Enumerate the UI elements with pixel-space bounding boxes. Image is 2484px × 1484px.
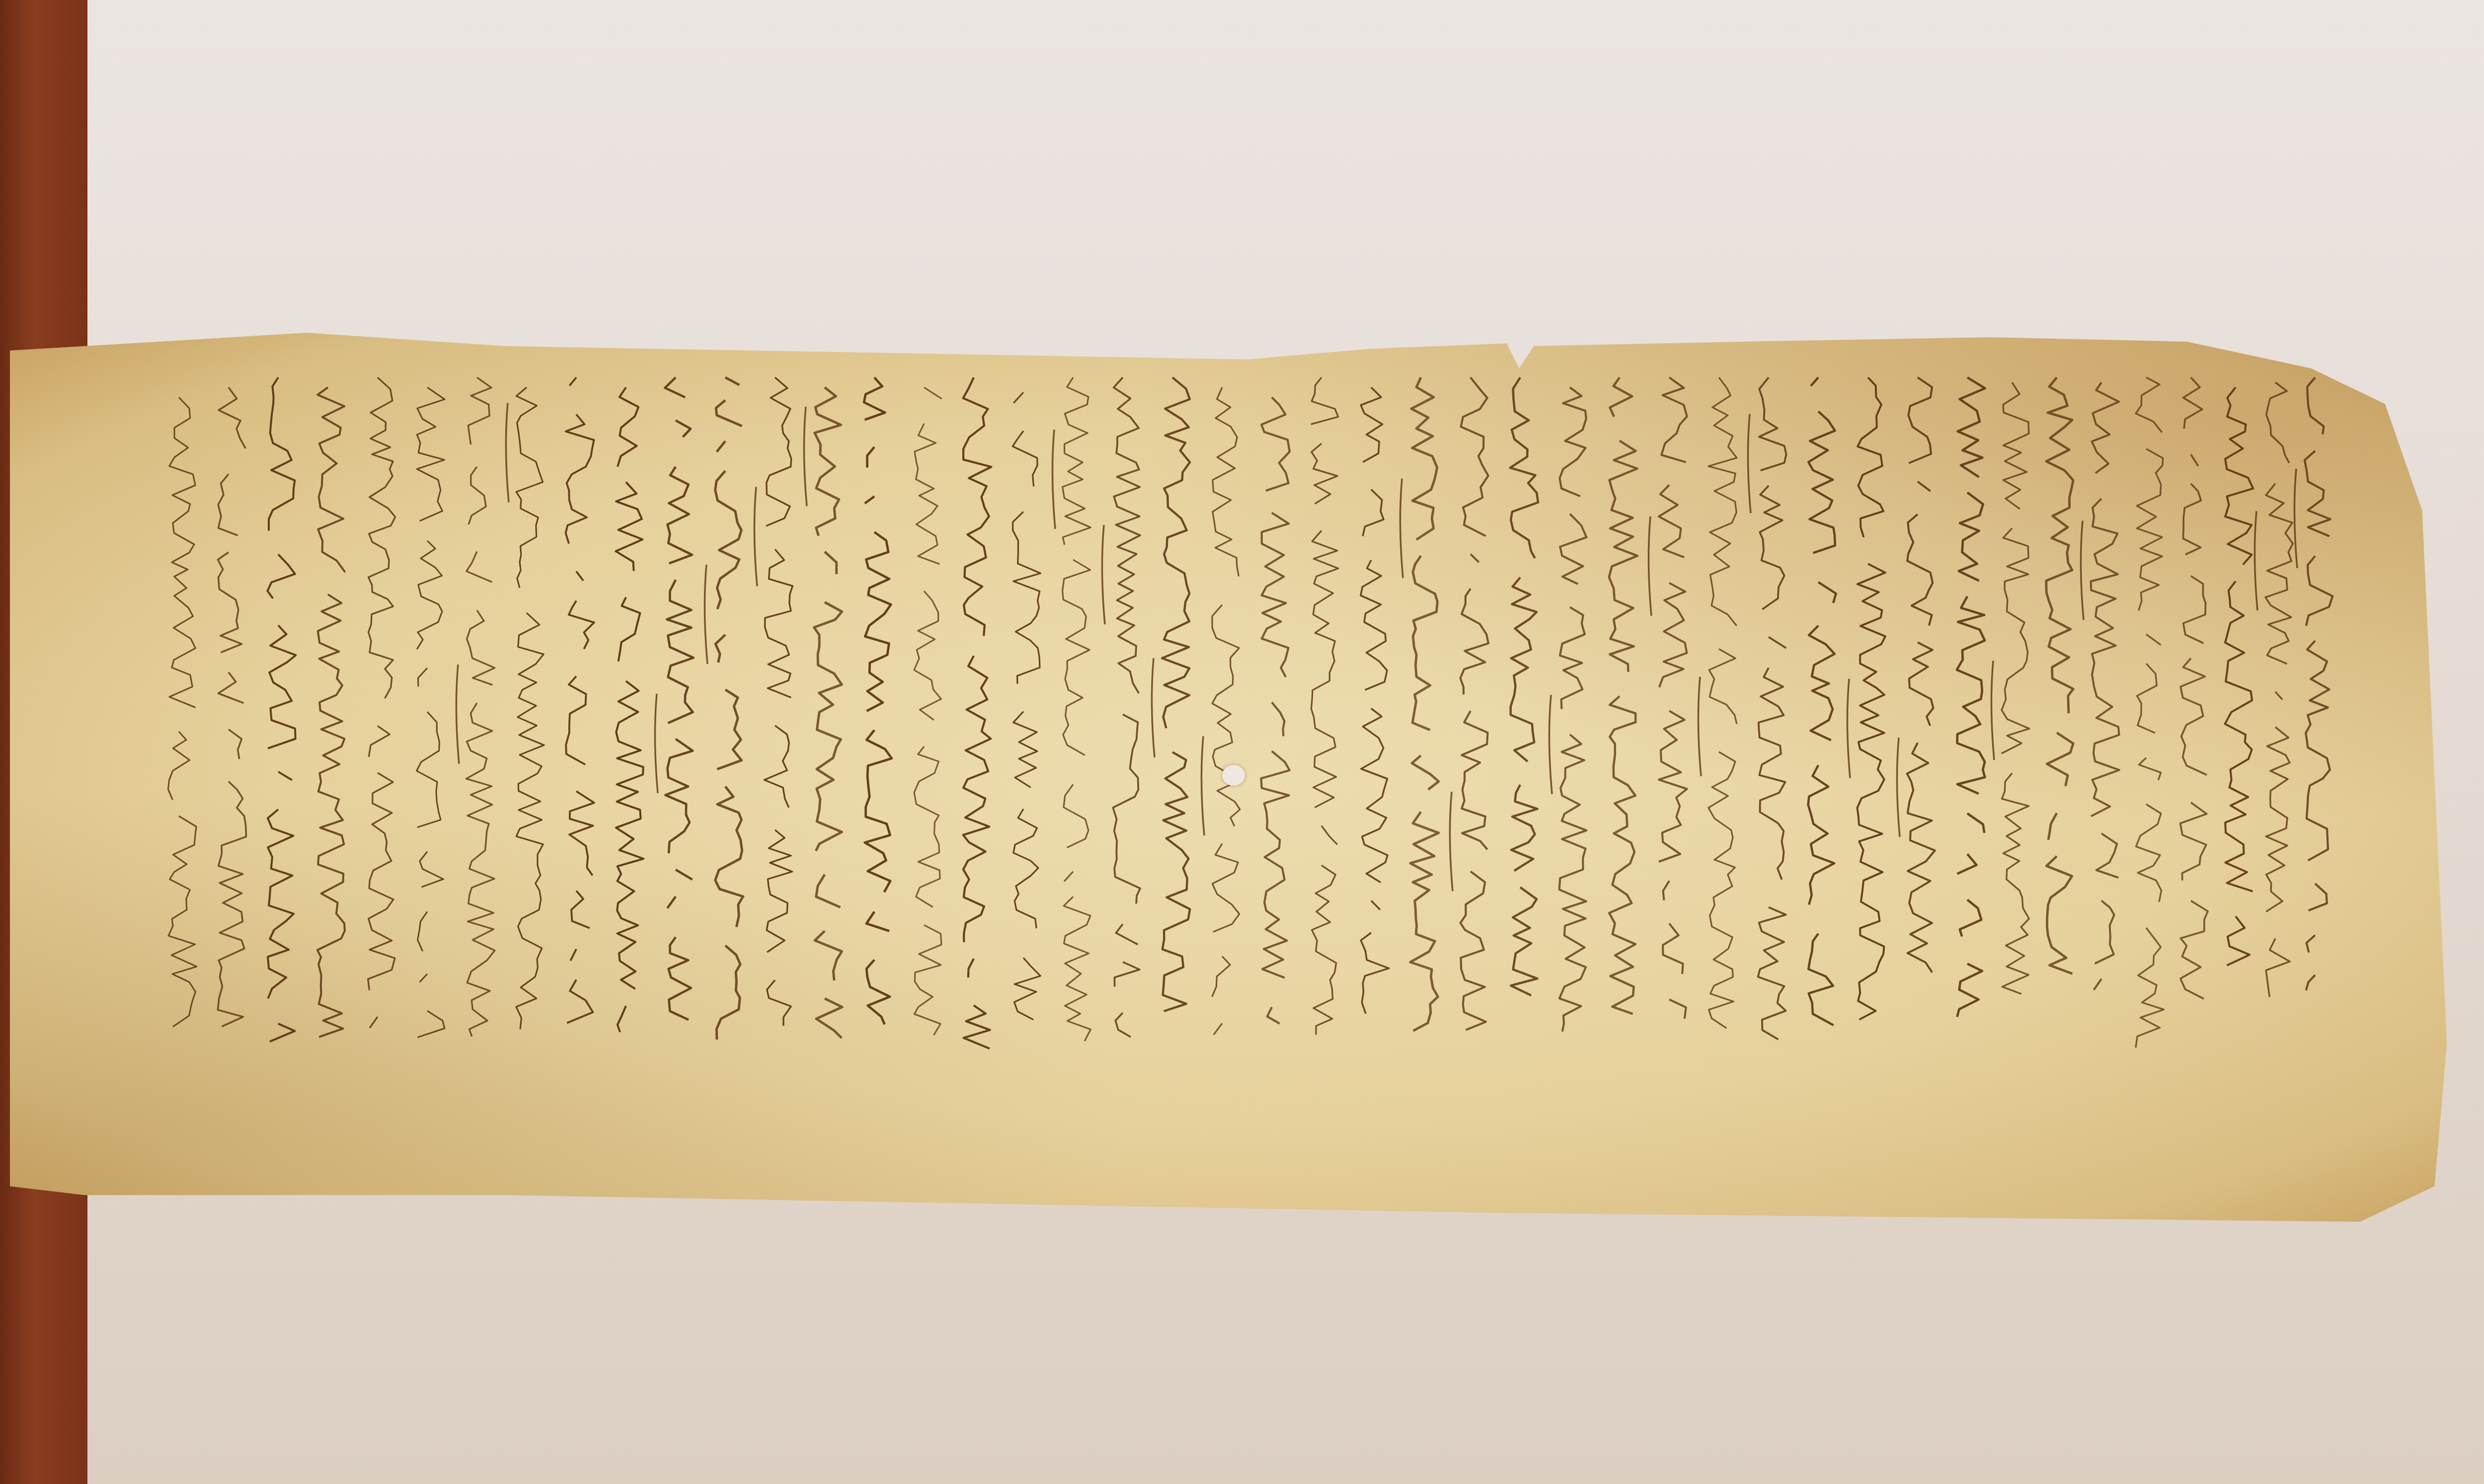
handwriting-line bbox=[1113, 377, 1140, 1037]
handwriting-line bbox=[2002, 382, 2029, 994]
handwriting-line bbox=[368, 377, 395, 1028]
handwriting-line bbox=[317, 387, 345, 1037]
handwriting-line bbox=[1708, 377, 1737, 1028]
handwriting-line bbox=[218, 387, 246, 1027]
ink-flourish bbox=[804, 407, 807, 506]
ink-flourish bbox=[1698, 677, 1701, 776]
wormhole bbox=[1222, 765, 1245, 786]
handwriting-line bbox=[566, 377, 594, 1041]
handwritten-text bbox=[0, 0, 2484, 1484]
handwriting-line bbox=[814, 387, 843, 1038]
ink-flourish bbox=[2294, 469, 2297, 568]
ink-flourish bbox=[506, 403, 509, 502]
handwriting-line bbox=[1162, 377, 1190, 1035]
handwriting-line bbox=[1361, 387, 1389, 1030]
ink-flourish bbox=[754, 487, 757, 586]
handwriting-line bbox=[914, 387, 942, 1035]
handwriting-line bbox=[2091, 382, 2119, 990]
handwriting-line bbox=[1212, 387, 1240, 1035]
ink-flourish bbox=[1201, 736, 1204, 835]
handwriting-line bbox=[963, 377, 992, 1069]
handwriting-line bbox=[1957, 377, 1985, 1017]
handwriting-line bbox=[267, 377, 296, 1066]
ink-flourish bbox=[1152, 658, 1155, 757]
ink-flourish bbox=[1748, 414, 1751, 513]
ink-flourish bbox=[1052, 430, 1055, 529]
handwriting-line bbox=[1907, 377, 1935, 972]
ink-flourish bbox=[456, 665, 459, 764]
handwriting-line bbox=[665, 377, 694, 1020]
handwriting-line bbox=[1857, 377, 1885, 1020]
ink-flourish bbox=[1648, 517, 1651, 616]
handwriting-line bbox=[2305, 377, 2332, 990]
handwriting-line bbox=[2136, 377, 2164, 1047]
ink-flourish bbox=[1847, 679, 1850, 778]
handwriting-line bbox=[1261, 397, 1289, 1024]
ink-flourish bbox=[655, 694, 658, 793]
handwriting-line bbox=[1808, 377, 1836, 1049]
handwriting-line bbox=[1758, 377, 1786, 1039]
handwriting-line bbox=[1510, 377, 1538, 995]
handwriting-line bbox=[2180, 377, 2208, 999]
ink-flourish bbox=[1102, 525, 1105, 624]
ink-flourish bbox=[1991, 661, 1994, 760]
handwriting-line bbox=[1311, 377, 1338, 1035]
ink-flourish bbox=[1450, 792, 1453, 891]
handwriting-line bbox=[1410, 377, 1439, 1031]
handwriting-line bbox=[2225, 387, 2253, 965]
handwriting-line bbox=[1012, 392, 1040, 1048]
handwriting-line bbox=[2265, 382, 2293, 1021]
handwriting-line bbox=[168, 397, 196, 1027]
ink-flourish bbox=[1897, 738, 1900, 837]
handwriting-line bbox=[1559, 387, 1587, 1032]
ink-flourish bbox=[2081, 520, 2084, 620]
handwriting-line bbox=[715, 377, 743, 1039]
handwriting-line bbox=[417, 387, 445, 1038]
ink-flourish bbox=[1549, 695, 1552, 794]
handwriting-line bbox=[466, 377, 495, 1037]
handwriting-line bbox=[1609, 377, 1637, 1014]
handwriting-line bbox=[516, 387, 544, 1029]
handwriting-line bbox=[616, 387, 643, 1032]
ink-flourish bbox=[1400, 479, 1403, 578]
ink-flourish bbox=[2254, 511, 2257, 610]
handwriting-line bbox=[764, 377, 792, 1026]
handwriting-line bbox=[1461, 377, 1489, 1048]
handwriting-line bbox=[864, 377, 892, 1045]
handwriting-line bbox=[1063, 377, 1091, 1041]
ink-flourish bbox=[704, 565, 707, 664]
handwriting-line bbox=[2046, 377, 2073, 973]
handwriting-line bbox=[1659, 377, 1687, 1019]
